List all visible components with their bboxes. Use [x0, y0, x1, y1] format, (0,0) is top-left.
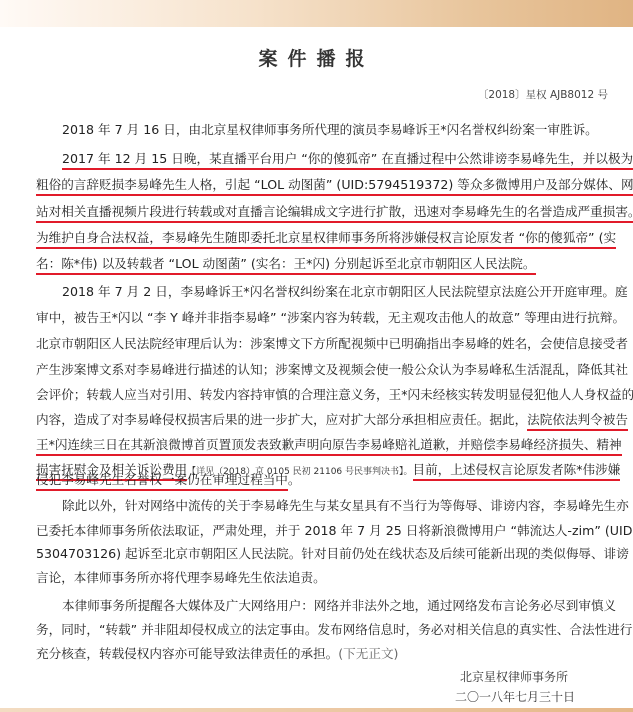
paragraph-line: 言论，本律师事务所亦将代理李易峰先生依法追责。 — [36, 569, 326, 587]
highlight-underline: 名：陈*伟) 以及转载者 “LOL 动图菌” (实名：王*闪) 分别起诉至北京市… — [36, 256, 536, 275]
paragraph-line: 产生涉案博文系对李易峰进行描述的认知；涉案博文及视频会使一般公众认为李易峰私生活… — [36, 361, 628, 379]
end-of-text-note: (下无正文) — [338, 646, 398, 661]
document-number: 〔2018〕星权 AJB8012 号 — [478, 87, 608, 102]
paragraph-line: 名：陈*伟) 以及转载者 “LOL 动图菌” (实名：王*闪) 分别起诉至北京市… — [36, 255, 536, 273]
highlight-underline: 法院依法判令被告 — [527, 412, 628, 431]
text-span: 内容，造成了对李易峰侵权损害后果的进一步扩大，应对扩大部分承担相应责任。据此， — [36, 412, 527, 427]
paragraph-line: 侵犯李易峰先生名誉权一案仍在审理过程当中。 — [36, 471, 300, 489]
highlight-underline: 王*闪连续三日在其新浪微博首页置顶发表致歉声明向原告李易峰赔礼道歉，并赔偿李易峰… — [36, 437, 622, 456]
paragraph-line: 已委托本律师事务所依法取证，严肃处理，并于 2018 年 7 月 25 日将新浪… — [36, 522, 633, 540]
paragraph-line: 为维护自身合法权益，李易峰先生随即委托北京星权律师事务所将涉嫌侵权言论原发者 “… — [36, 229, 616, 247]
text-span: 充分核查，转载侵权内容亦可能导致法律责任的承担。 — [36, 646, 338, 661]
paragraph-line: 本律师事务所提醒各大媒体及广大网络用户：网络并非法外之地，通过网络发布言论务必尽… — [62, 597, 616, 615]
signature-date: 二〇一八年七月三十日 — [455, 688, 575, 705]
highlight-underline: 站对相关直播视频片段进行转载或对直播言论编辑成文字进行扩散，迅速对李易峰先生的名… — [36, 204, 633, 223]
paragraph-line: 内容，造成了对李易峰侵权损害后果的进一步扩大，应对扩大部分承担相应责任。据此，法… — [36, 411, 628, 429]
top-banner — [0, 0, 633, 27]
bottom-border — [0, 708, 633, 712]
paragraph-line: 粗俗的言辞贬损李易峰先生人格，引起 “LOL 动图菌” (UID:5794519… — [36, 176, 633, 194]
paragraph-line: 王*闪连续三日在其新浪微博首页置顶发表致歉声明向原告李易峰赔礼道歉，并赔偿李易峰… — [36, 436, 622, 454]
paragraph-line: 站对相关直播视频片段进行转载或对直播言论编辑成文字进行扩散，迅速对李易峰先生的名… — [36, 203, 633, 221]
highlight-underline: 2017 年 12 月 15 日晚，某直播平台用户 “你的傻狐帝” 在直播过程中… — [62, 151, 633, 170]
highlight-underline: 侵犯李易峰先生名誉权一案仍在审理过程当中 — [36, 472, 288, 491]
highlight-underline: 为维护自身合法权益，李易峰先生随即委托北京星权律师事务所将涉嫌侵权言论原发者 “… — [36, 230, 616, 249]
page-title: 案件播报 — [0, 44, 633, 71]
paragraph-line: 2018 年 7 月 2 日，李易峰诉王*闪名誉权纠纷案在北京市朝阳区人民法院望… — [62, 283, 628, 301]
text-span: 。 — [288, 472, 301, 487]
paragraph-line: 充分核查，转载侵权内容亦可能导致法律责任的承担。(下无正文) — [36, 645, 398, 663]
signature-firm: 北京星权律师事务所 — [460, 668, 568, 685]
paragraph-line: 除此以外，针对网络中流传的关于李易峰先生与某女星具有不当行为等侮辱、诽谤内容，李… — [62, 497, 629, 515]
paragraph-line: 审中，被告王*闪以 “李 Y 峰并非指李易峰” “涉案内容为转载，无主观攻击他人… — [36, 309, 625, 327]
paragraph-line: 北京市朝阳区人民法院经审理后认为：涉案博文下方所配视频中已明确指出李易峰的姓名，… — [36, 335, 628, 353]
paragraph-line: 2017 年 12 月 15 日晚，某直播平台用户 “你的傻狐帝” 在直播过程中… — [62, 150, 633, 168]
paragraph-line: 会评价；转载人应当对引用、转发内容持审慎的合理注意义务，王*闪未经核实转发明显侵… — [36, 386, 633, 404]
paragraph-line: 务，同时，“转载” 并非阻却侵权成立的法定事由。发布网络信息时，务必对相关信息的… — [36, 621, 632, 639]
paragraph-line: 2018 年 7 月 16 日，由北京星权律师事务所代理的演员李易峰诉王*闪名誉… — [62, 121, 598, 139]
highlight-underline: 粗俗的言辞贬损李易峰先生人格，引起 “LOL 动图菌” (UID:5794519… — [36, 177, 633, 196]
paragraph-line: 5304703126) 起诉至北京市朝阳区人民法院。针对目前仍处在线状态及后续可… — [36, 545, 629, 563]
highlight-underline: 目前，上述侵权言论原发者陈*伟涉嫌 — [413, 462, 621, 481]
